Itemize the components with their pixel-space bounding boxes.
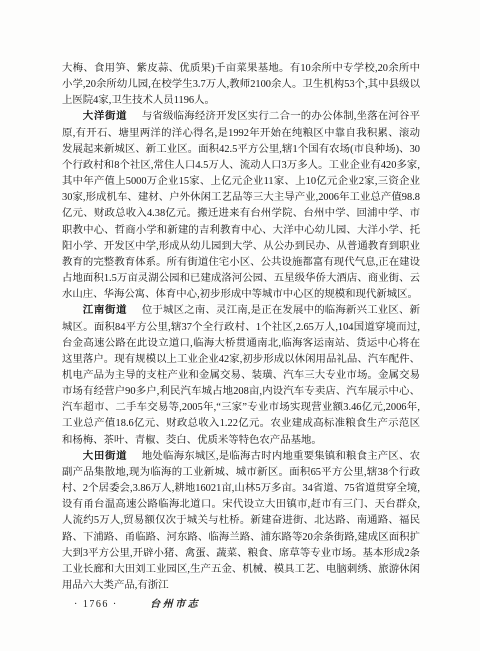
paragraph-text: 大梅、食用笋、紫皮蒜、优质果)千亩菜果基地。有10余所中专学校,20余所中小学,… (62, 63, 420, 106)
paragraph-text: 与省级临海经济开发区实行二合一的办公体制,坐落在河谷平原,有开石、塘里两洋的洋心… (62, 111, 420, 300)
paragraph-text: 位于城区之南、灵江南,是正在发展中的临海新兴工业区、新城区。面积84平方公里,辖… (62, 305, 420, 445)
section-heading-dayang: 大洋街道 (83, 111, 127, 122)
page-footer: · 1766 · 台州市志 (74, 595, 200, 610)
scanned-book-page: 大梅、食用笋、紫皮蒜、优质果)千亩菜果基地。有10余所中专学校,20余所中小学,… (0, 0, 480, 651)
paragraph-datian: 大田街道地处临海东城区,是临海古时内地重要集镇和粮食主产区、农副产品集散地,现为… (62, 449, 420, 594)
page-number: · 1766 · (74, 599, 118, 610)
document-text: 大梅、食用笋、紫皮蒜、优质果)千亩菜果基地。有10余所中专学校,20余所中小学,… (62, 61, 420, 594)
paragraph-continuation: 大梅、食用笋、紫皮蒜、优质果)千亩菜果基地。有10余所中专学校,20余所中小学,… (62, 61, 420, 109)
paragraph-text: 地处临海东城区,是临海古时内地重要集镇和粮食主产区、农副产品集散地,现为临海的工… (62, 451, 420, 591)
section-heading-datian: 大田街道 (83, 451, 127, 462)
book-title: 台州市志 (150, 599, 200, 610)
paragraph-jiangnan: 江南街道位于城区之南、灵江南,是正在发展中的临海新兴工业区、新城区。面积84平方… (62, 303, 420, 448)
section-heading-jiangnan: 江南街道 (83, 305, 127, 316)
paragraph-dayang: 大洋街道与省级临海经济开发区实行二合一的办公体制,坐落在河谷平原,有开石、塘里两… (62, 109, 420, 303)
